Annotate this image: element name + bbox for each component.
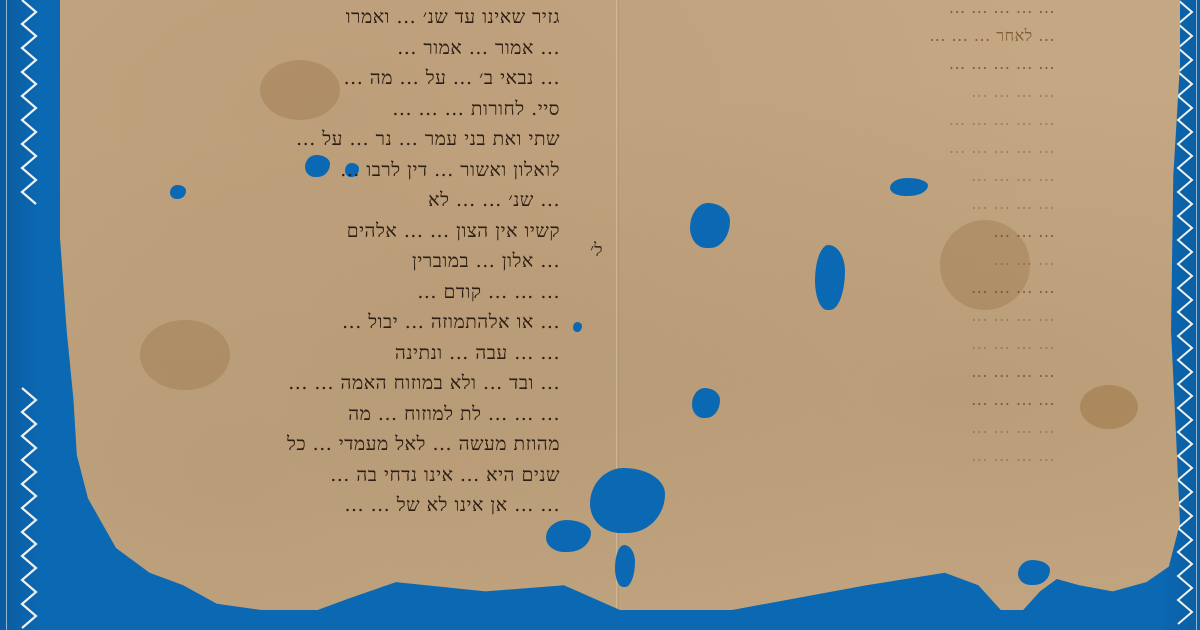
text-line: ... ... ... xyxy=(690,246,1055,274)
text-line: ... ... ... ... xyxy=(690,274,1055,302)
text-line: ... ... עבה ... ונתינה xyxy=(165,338,560,369)
text-line: ... ... ... ... xyxy=(690,414,1055,442)
left-thread-line xyxy=(6,0,7,630)
text-line: ... ... ... ... xyxy=(690,78,1055,106)
text-line: מהוזת מעשה ... לאל מעמדי ... כל xyxy=(165,429,560,460)
stain xyxy=(1080,385,1138,429)
text-line: ... ובד ... ולא במוזוח האמה ... ... xyxy=(165,368,560,399)
text-line: גזיר שאינו עד שנ׳ ... ואמרו xyxy=(165,2,560,33)
text-line: ... ... ... קודם ... xyxy=(165,277,560,308)
text-line: ... נבאי ב׳ ... על ... מה ... xyxy=(165,63,560,94)
text-line: ... ... ... לת למוזוח ... מה xyxy=(165,399,560,430)
text-line: ... ... ... ... xyxy=(690,162,1055,190)
text-line: ... ... ... ... xyxy=(690,358,1055,386)
left-zigzag-stitch xyxy=(18,0,40,630)
text-line: ... ... אן אינו לא של ... ... xyxy=(165,490,560,521)
text-line: ... שנ׳ ... ... לא xyxy=(165,185,560,216)
left-text-column: גזיר שאינו עד שנ׳ ... ואמרו ... אמור ...… xyxy=(165,2,560,521)
text-line: ... אלון ... במוברין xyxy=(165,246,560,277)
right-text-column: ... ... ... ... ... ... לאחר ... ... ...… xyxy=(690,0,1055,470)
text-line: סיי. לחורות ... ... ... xyxy=(165,94,560,125)
text-line: ... ... ... ... xyxy=(690,442,1055,470)
text-line: קשיו אין הצון ... ... אלהים xyxy=(165,216,560,247)
text-line: שתי ואת בני עמר ... נר ... על ... xyxy=(165,124,560,155)
text-line: ... ... ... ... ... xyxy=(690,50,1055,78)
right-thread-line xyxy=(1196,0,1197,630)
text-line: ... ... ... ... ... xyxy=(690,134,1055,162)
text-line: ... או אלהתמוזה ... יבול ... xyxy=(165,307,560,338)
margin-note: ל׳ xyxy=(590,240,603,261)
text-line: ... ... ... ... xyxy=(690,190,1055,218)
text-line: שנים היא ... אינו נדחי בה ... xyxy=(165,460,560,491)
text-line: ... לאחר ... ... ... xyxy=(690,22,1055,50)
text-line: ... ... ... ... xyxy=(690,330,1055,358)
text-line: ... ... ... ... xyxy=(690,302,1055,330)
text-line: ... ... ... ... ... xyxy=(690,0,1055,22)
text-line: ... ... ... xyxy=(690,218,1055,246)
text-line: ... אמור ... אמור ... xyxy=(165,33,560,64)
text-line: ... ... ... ... ... xyxy=(690,106,1055,134)
text-line: ... ... ... ... xyxy=(690,386,1055,414)
text-line: לואלון ואשור ... דין לרבו ... xyxy=(165,155,560,186)
